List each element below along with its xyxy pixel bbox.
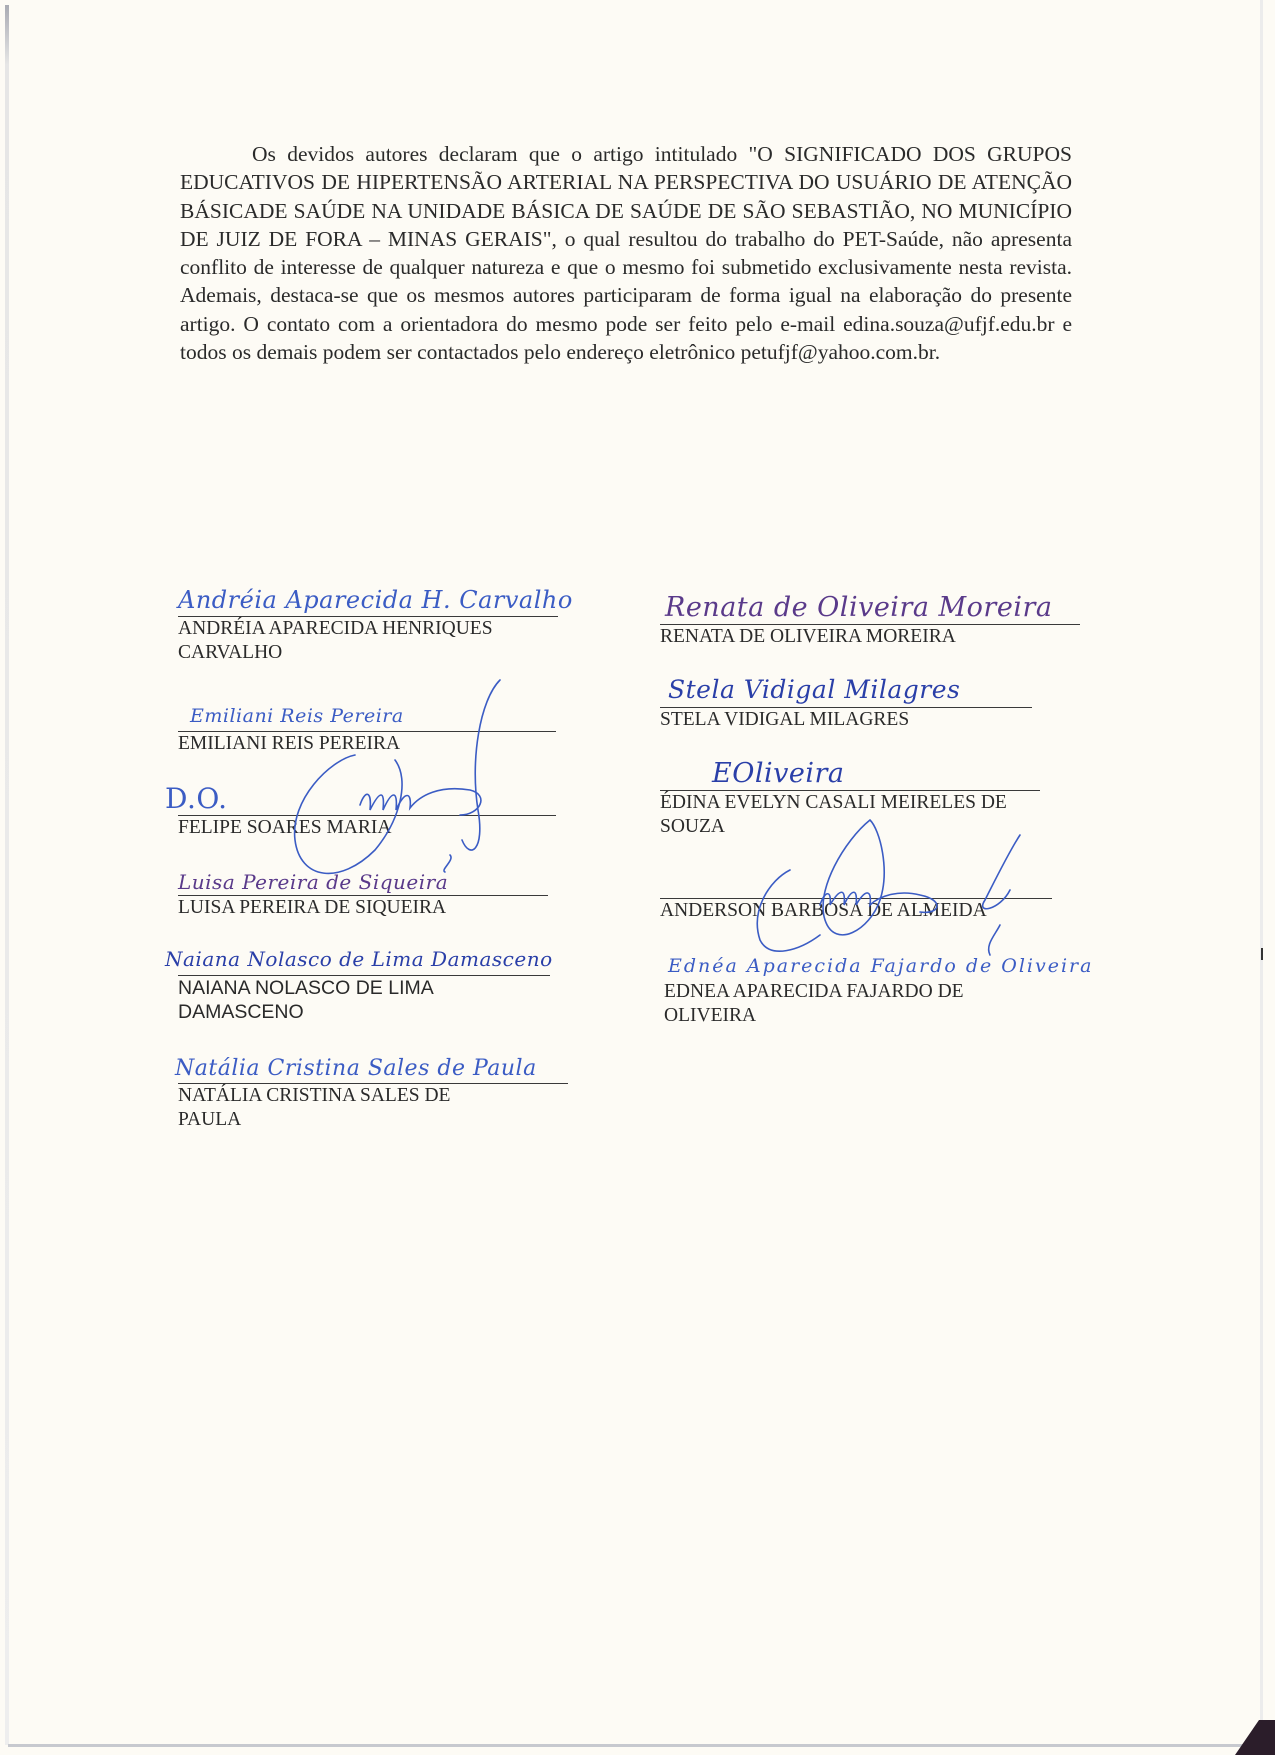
scan-corner: [1235, 1720, 1275, 1755]
signer-name: ANDERSON BARBOSA DE ALMEIDA: [660, 899, 1052, 923]
signer-name: NAIANA NOLASCO DE LIMA DAMASCENO: [178, 976, 478, 1024]
handwritten-signature: Naiana Nolasco de Lima Damasceno: [165, 947, 553, 971]
signer-name: NATÁLIA CRISTINA SALES DE PAULA: [178, 1084, 508, 1132]
scan-edge-bottom: [8, 1744, 1261, 1747]
signature-block-stela: STELA VIDIGAL MILAGRES: [660, 707, 1032, 732]
scan-mark: [1261, 948, 1263, 960]
signer-name: LUISA PEREIRA DE SIQUEIRA: [178, 896, 548, 920]
signature-block-edina: ÉDINA EVELYN CASALI MEIRELES DE SOUZA: [660, 790, 1040, 839]
signer-name: EDNEA APARECIDA FAJARDO DE OLIVEIRA: [664, 980, 1034, 1028]
scan-edge-right: [1260, 0, 1263, 1735]
signer-name: EMILIANI REIS PEREIRA: [178, 732, 556, 756]
handwritten-signature: Luisa Pereira de Siqueira: [178, 870, 448, 894]
signer-name: STELA VIDIGAL MILAGRES: [660, 708, 1032, 732]
handwritten-signature: EOliveira: [712, 758, 845, 789]
handwritten-signature: Emiliani Reis Pereira: [190, 705, 404, 727]
signer-name: FELIPE SOARES MARIA: [178, 816, 556, 840]
handwritten-signature: Renata de Oliveira Moreira: [665, 592, 1052, 623]
signature-block-ednea: EDNEA APARECIDA FAJARDO DE OLIVEIRA: [664, 980, 1044, 1028]
signature-block-luisa: LUISA PEREIRA DE SIQUEIRA: [178, 895, 548, 920]
handwritten-signature: Andréia Aparecida H. Carvalho: [178, 586, 573, 614]
signature-block-andreia: ANDRÉIA APARECIDA HENRIQUES CARVALHO: [178, 616, 558, 665]
signer-name: ANDRÉIA APARECIDA HENRIQUES CARVALHO: [178, 617, 558, 665]
handwritten-signature: Natália Cristina Sales de Paula: [175, 1056, 537, 1081]
signature-block-emiliani: EMILIANI REIS PEREIRA: [178, 731, 556, 756]
signature-block-felipe: FELIPE SOARES MARIA: [178, 815, 556, 840]
signature-block-natalia: NATÁLIA CRISTINA SALES DE PAULA: [178, 1083, 568, 1132]
declaration-paragraph: Os devidos autores declaram que o artigo…: [180, 140, 1072, 366]
signature-block-renata: RENATA DE OLIVEIRA MOREIRA: [660, 624, 1080, 649]
signature-block-naiana: NAIANA NOLASCO DE LIMA DAMASCENO: [178, 975, 550, 1024]
signer-name: RENATA DE OLIVEIRA MOREIRA: [660, 625, 1080, 649]
signature-block-anderson: ANDERSON BARBOSA DE ALMEIDA: [660, 898, 1052, 923]
signer-name: ÉDINA EVELYN CASALI MEIRELES DE SOUZA: [660, 791, 1040, 839]
scan-edge-left: [5, 5, 9, 1745]
handwritten-signature: D.O.: [165, 782, 228, 815]
handwritten-signature: Ednéa Aparecida Fajardo de Oliveira: [668, 955, 1093, 977]
handwritten-signature: Stela Vidigal Milagres: [668, 675, 960, 704]
